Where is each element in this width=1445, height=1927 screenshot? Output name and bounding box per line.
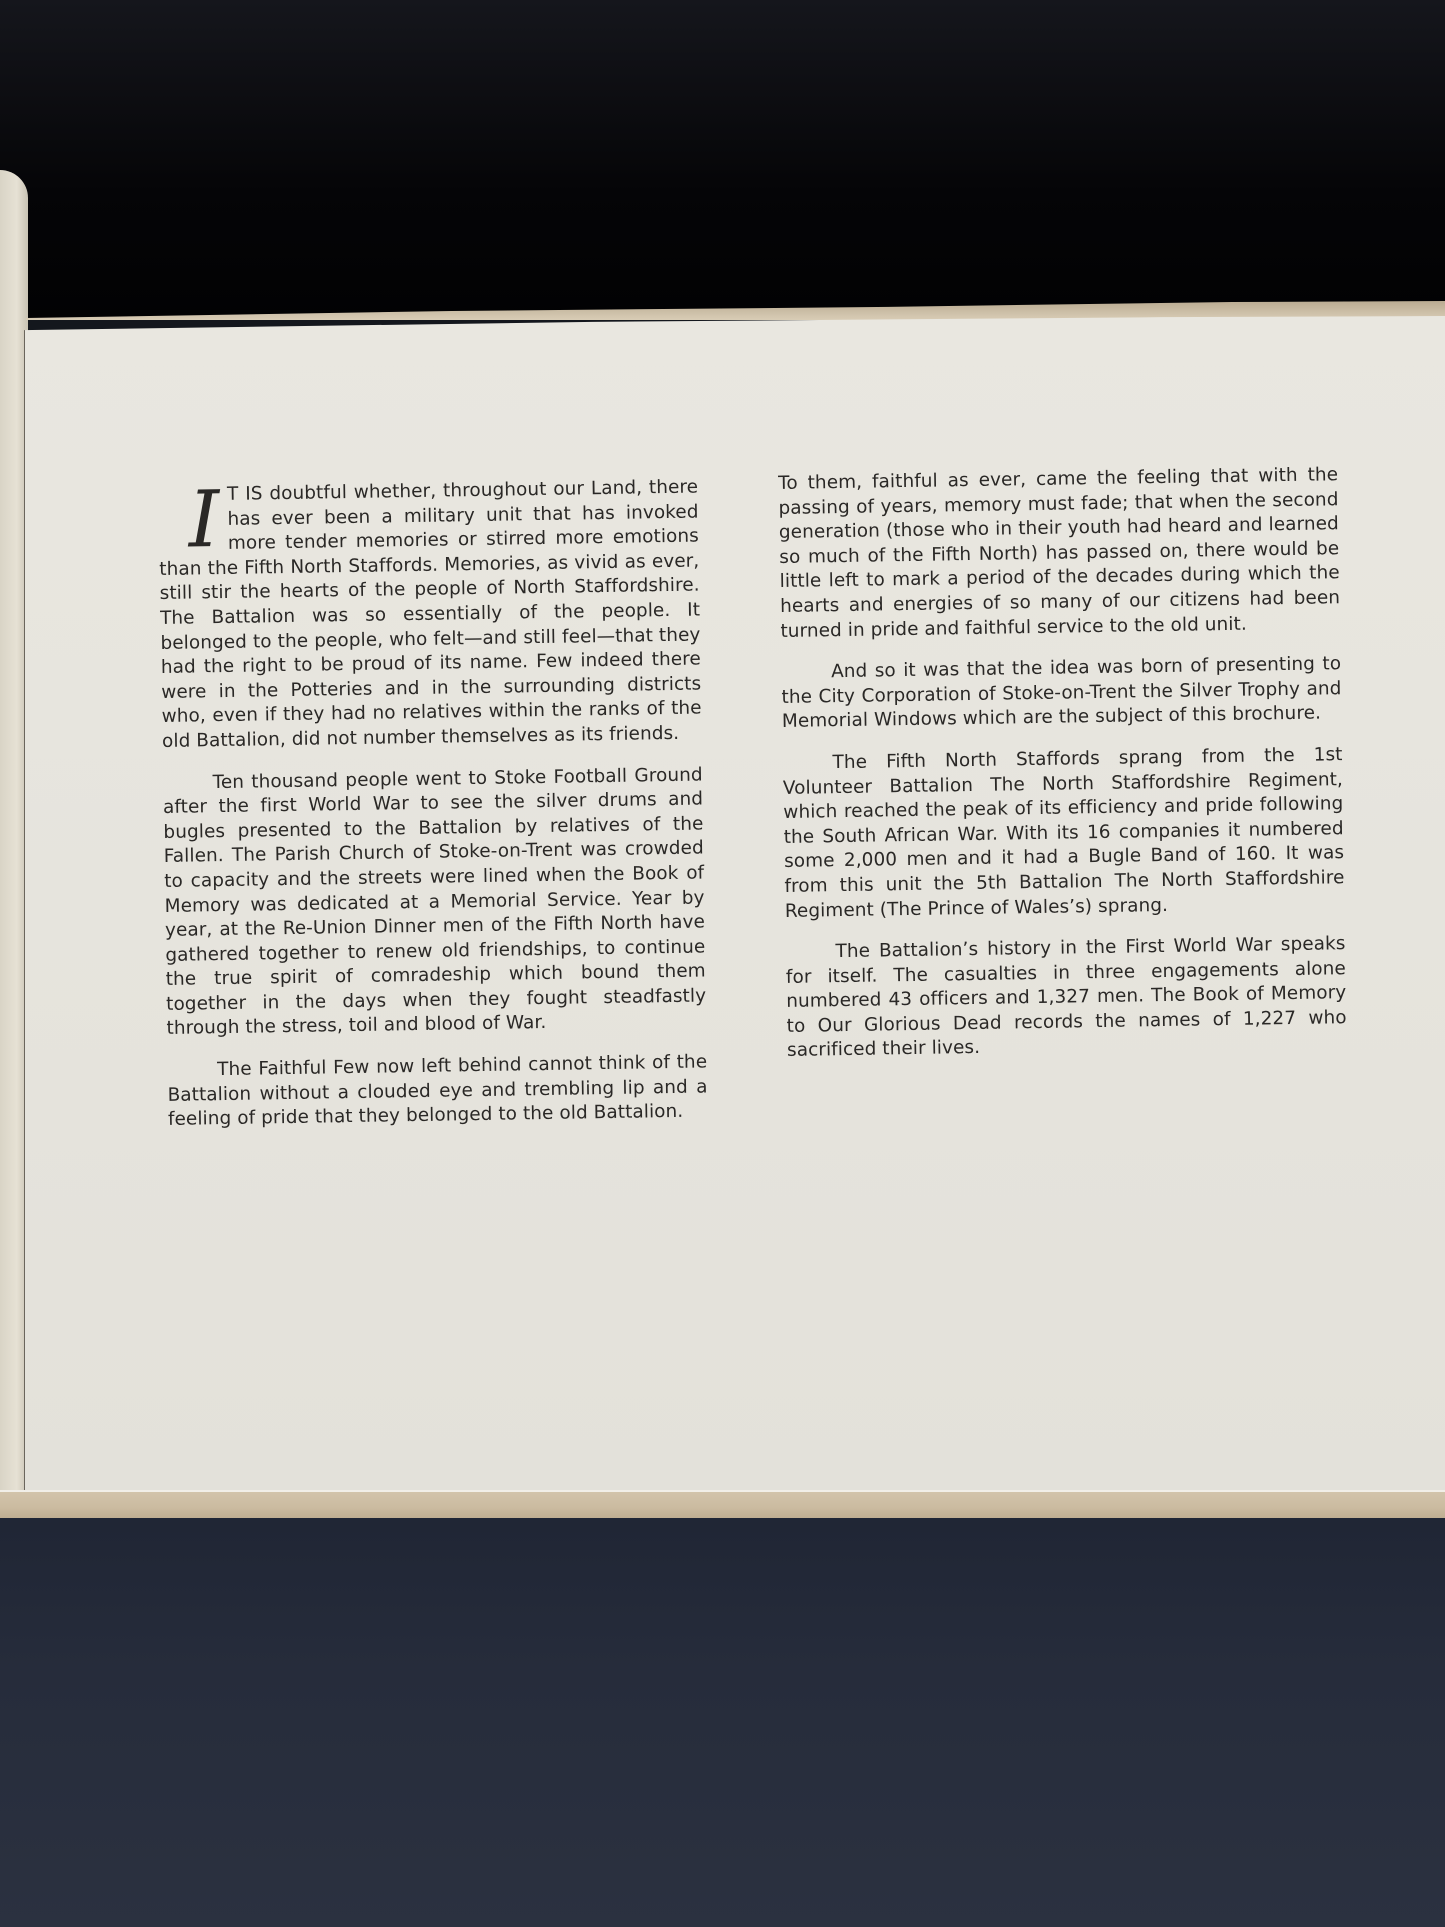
paragraph-7: The Battalion’s history in the First Wor… (785, 932, 1347, 1064)
paragraph-1: IT IS doubtful whether, throughout our L… (158, 476, 702, 755)
right-text-column: To them, faithful as ever, came the feel… (778, 463, 1347, 1081)
drop-cap-initial: I (188, 485, 220, 555)
left-text-column: IT IS doubtful whether, throughout our L… (158, 476, 708, 1150)
paragraph-6: The Fifth North Staffords sprang from th… (782, 743, 1345, 924)
paragraph-5: And so it was that the idea was born of … (781, 652, 1342, 735)
paragraph-3: The Faithful Few now left behind cannot … (167, 1051, 708, 1133)
paragraph-4: To them, faithful as ever, came the feel… (778, 463, 1341, 644)
dark-backdrop-bottom (0, 1500, 1445, 1927)
page-bottom-edge (0, 1490, 1445, 1518)
previous-page-curl (0, 170, 28, 1500)
paragraph-1-text: T IS doubtful whether, throughout our La… (159, 477, 702, 752)
paragraph-2: Ten thousand people went to Stoke Footba… (163, 763, 707, 1042)
dark-backdrop-top (0, 0, 1445, 320)
